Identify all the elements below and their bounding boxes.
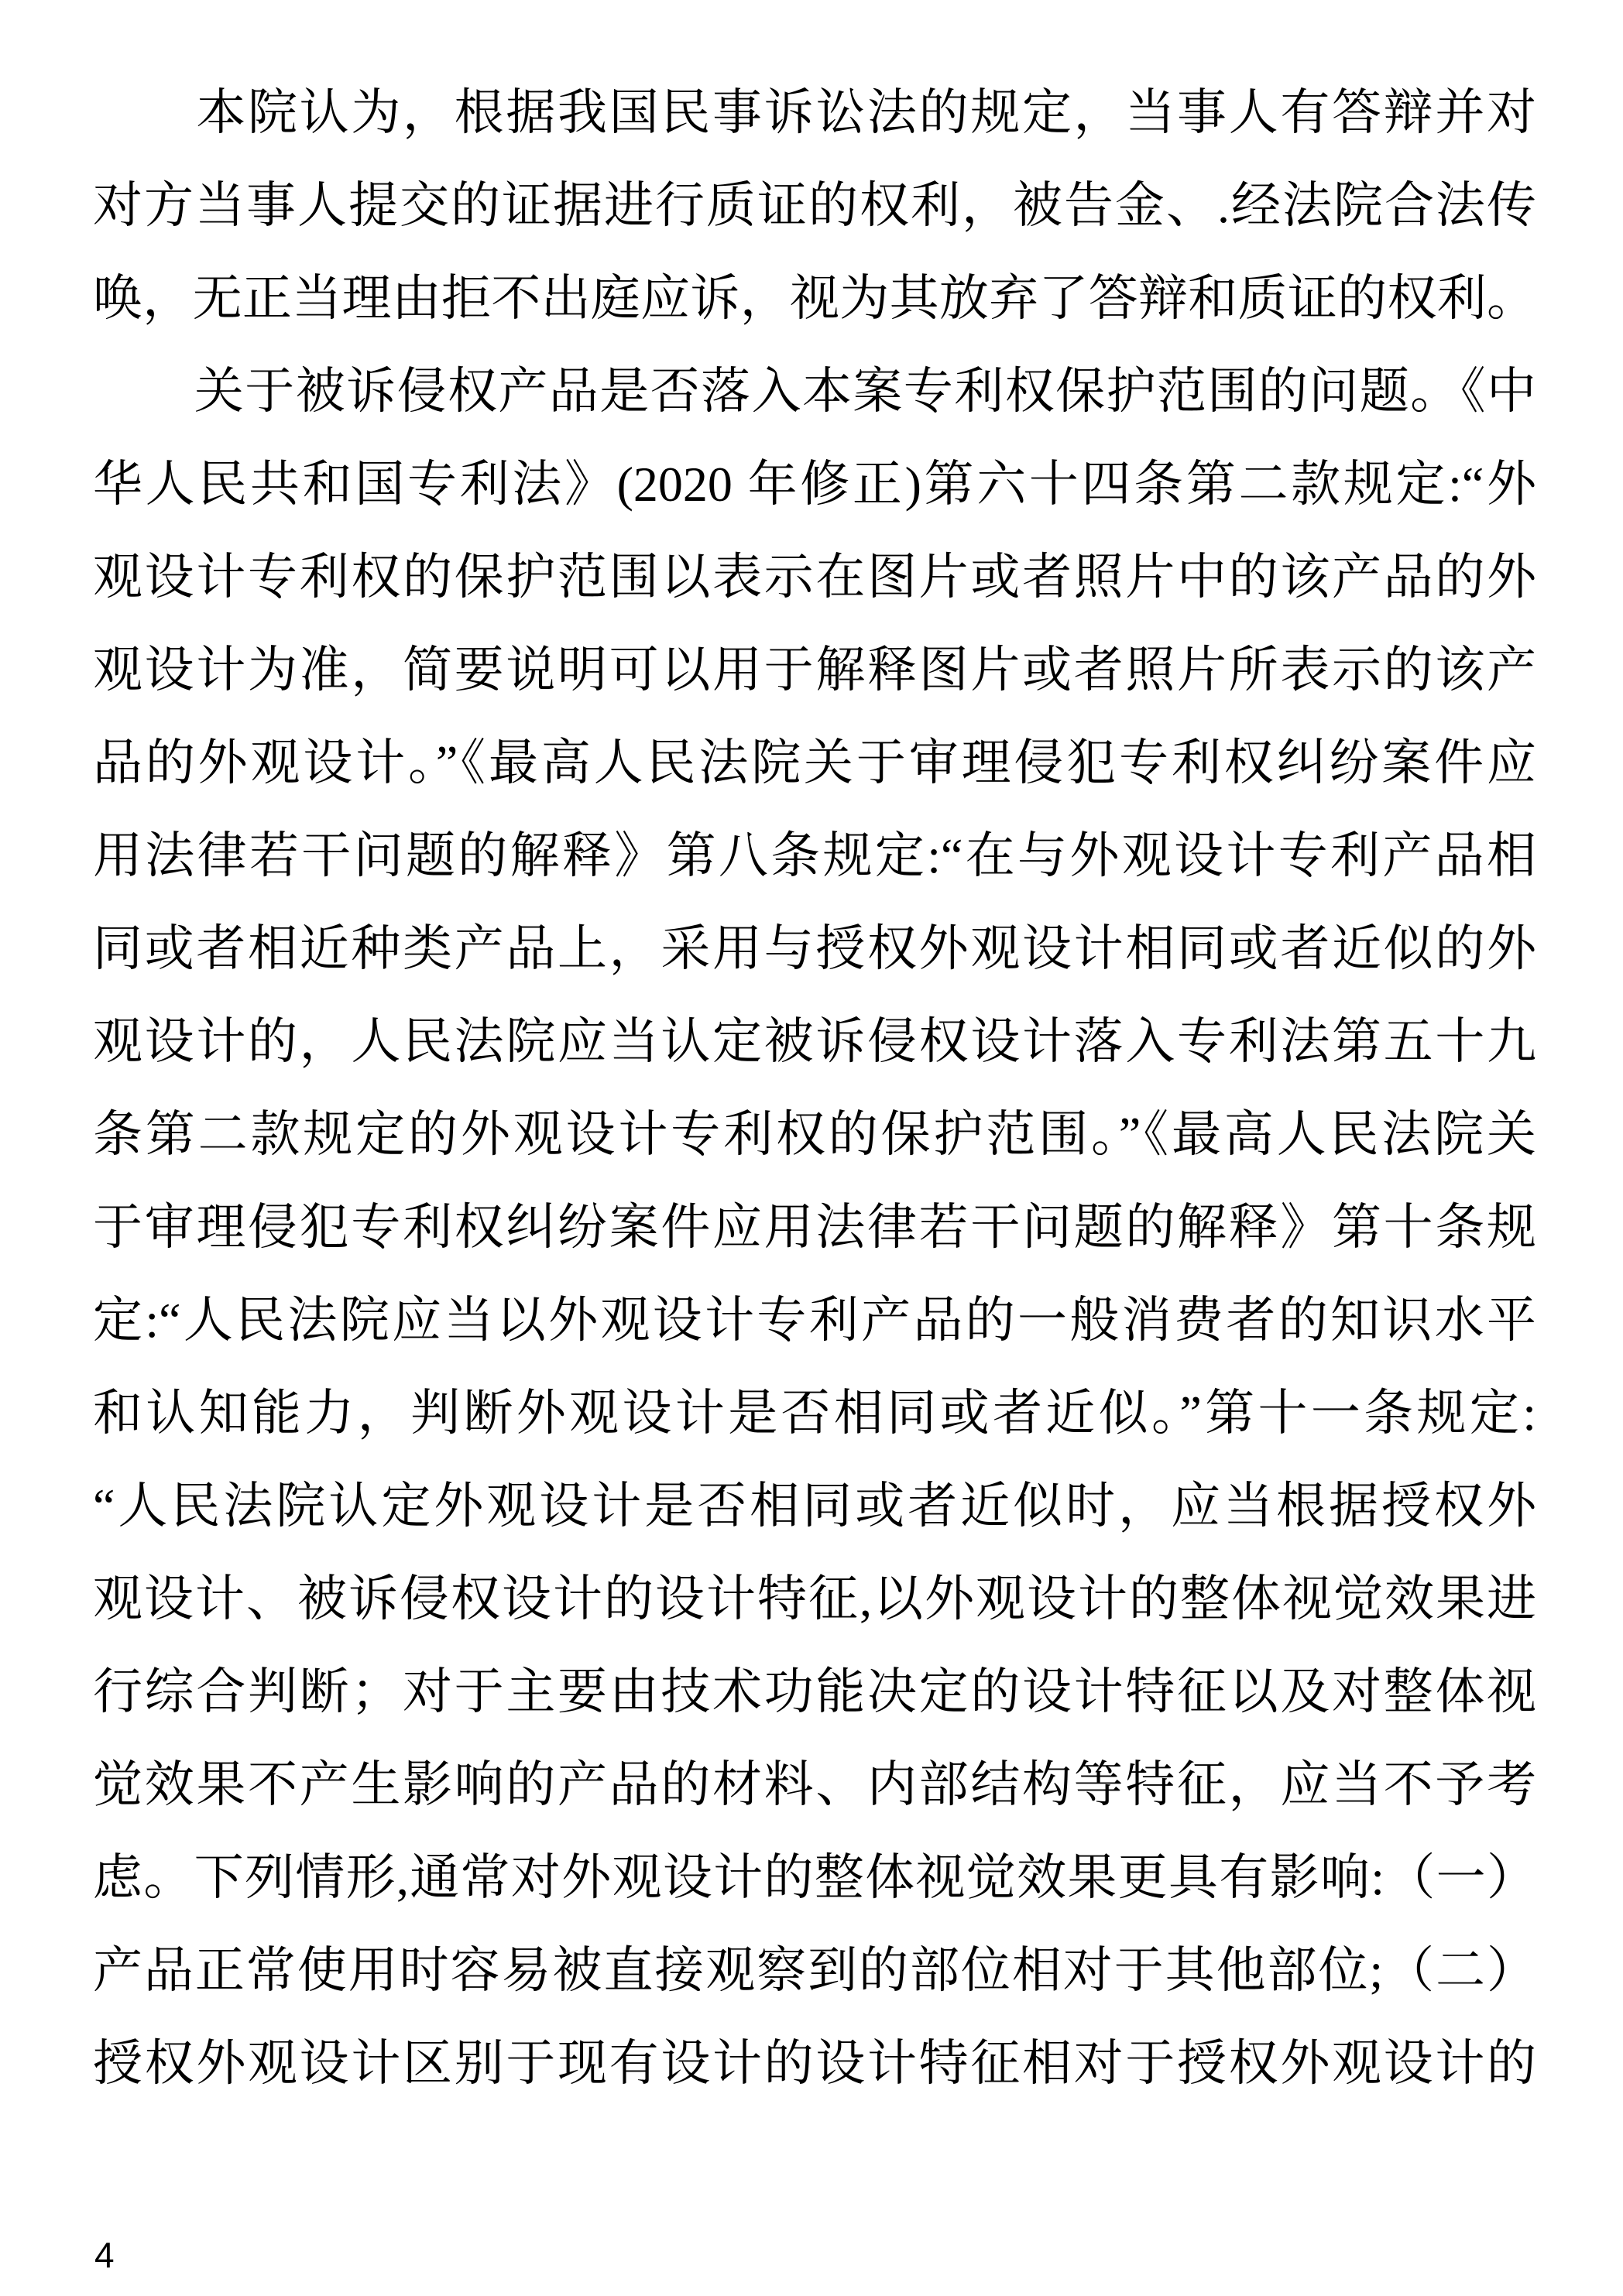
text-line: 条第二款规定的外观设计专利权的保护范围。”《最高人民法院关 bbox=[93, 1088, 1536, 1181]
page-number: 4 bbox=[94, 2236, 115, 2274]
text-line: 行综合判断；对于主要由技术功能决定的设计特征以及对整体视 bbox=[93, 1646, 1536, 1739]
text-line: 观设计的，人民法院应当认定被诉侵权设计落入专利法第五十九 bbox=[93, 996, 1536, 1088]
text-line: 观设计为准，简要说明可以用于解释图片或者照片所表示的该产 bbox=[93, 624, 1536, 717]
judgment-document-page: 本院认为，根据我国民事诉讼法的规定，当事人有答辩并对对方当事人提交的证据进行质证… bbox=[0, 0, 1623, 2296]
text-line: 同或者相近种类产品上，采用与授权外观设计相同或者近似的外 bbox=[93, 903, 1536, 996]
text-line: 虑。下列情形,通常对外观设计的整体视觉效果更具有影响:（一） bbox=[93, 1832, 1536, 1924]
text-line: 本院认为，根据我国民事诉讼法的规定，当事人有答辩并对 bbox=[93, 67, 1536, 159]
text-line: 观设计专利权的保护范围以表示在图片或者照片中的该产品的外 bbox=[93, 531, 1536, 624]
text-line: 华人民共和国专利法》(2020 年修正)第六十四条第二款规定:“外 bbox=[93, 438, 1536, 531]
body-text: 本院认为，根据我国民事诉讼法的规定，当事人有答辩并对对方当事人提交的证据进行质证… bbox=[93, 67, 1536, 2110]
text-line: 于审理侵犯专利权纠纷案件应用法律若干问题的解释》第十条规 bbox=[93, 1181, 1536, 1274]
text-line: 品的外观设计。”《最高人民法院关于审理侵犯专利权纠纷案件应 bbox=[93, 717, 1536, 810]
text-line: 关于被诉侵权产品是否落入本案专利权保护范围的问题。《中 bbox=[93, 345, 1536, 438]
text-line: 唤，无正当理由拒不出庭应诉，视为其放弃了答辩和质证的权利。 bbox=[93, 252, 1536, 345]
text-line: 产品正常使用时容易被直接观察到的部位相对于其他部位;（二） bbox=[93, 1924, 1536, 2017]
text-line: 觉效果不产生影响的产品的材料、内部结构等特征，应当不予考 bbox=[93, 1739, 1536, 1832]
text-line: 对方当事人提交的证据进行质证的权利，被告金、.经法院合法传 bbox=[93, 159, 1536, 252]
text-line: 和认知能力，判断外观设计是否相同或者近似。”第十一条规定: bbox=[93, 1367, 1536, 1460]
text-line: 用法律若干问题的解释》第八条规定:“在与外观设计专利产品相 bbox=[93, 810, 1536, 903]
text-line: 观设计、被诉侵权设计的设计特征,以外观设计的整体视觉效果进 bbox=[93, 1553, 1536, 1646]
text-line: 授权外观设计区别于现有设计的设计特征相对于授权外观设计的 bbox=[93, 2017, 1536, 2110]
text-line: “人民法院认定外观设计是否相同或者近似时，应当根据授权外 bbox=[93, 1460, 1536, 1553]
text-line: 定:“人民法院应当以外观设计专利产品的一般消费者的知识水平 bbox=[93, 1274, 1536, 1367]
